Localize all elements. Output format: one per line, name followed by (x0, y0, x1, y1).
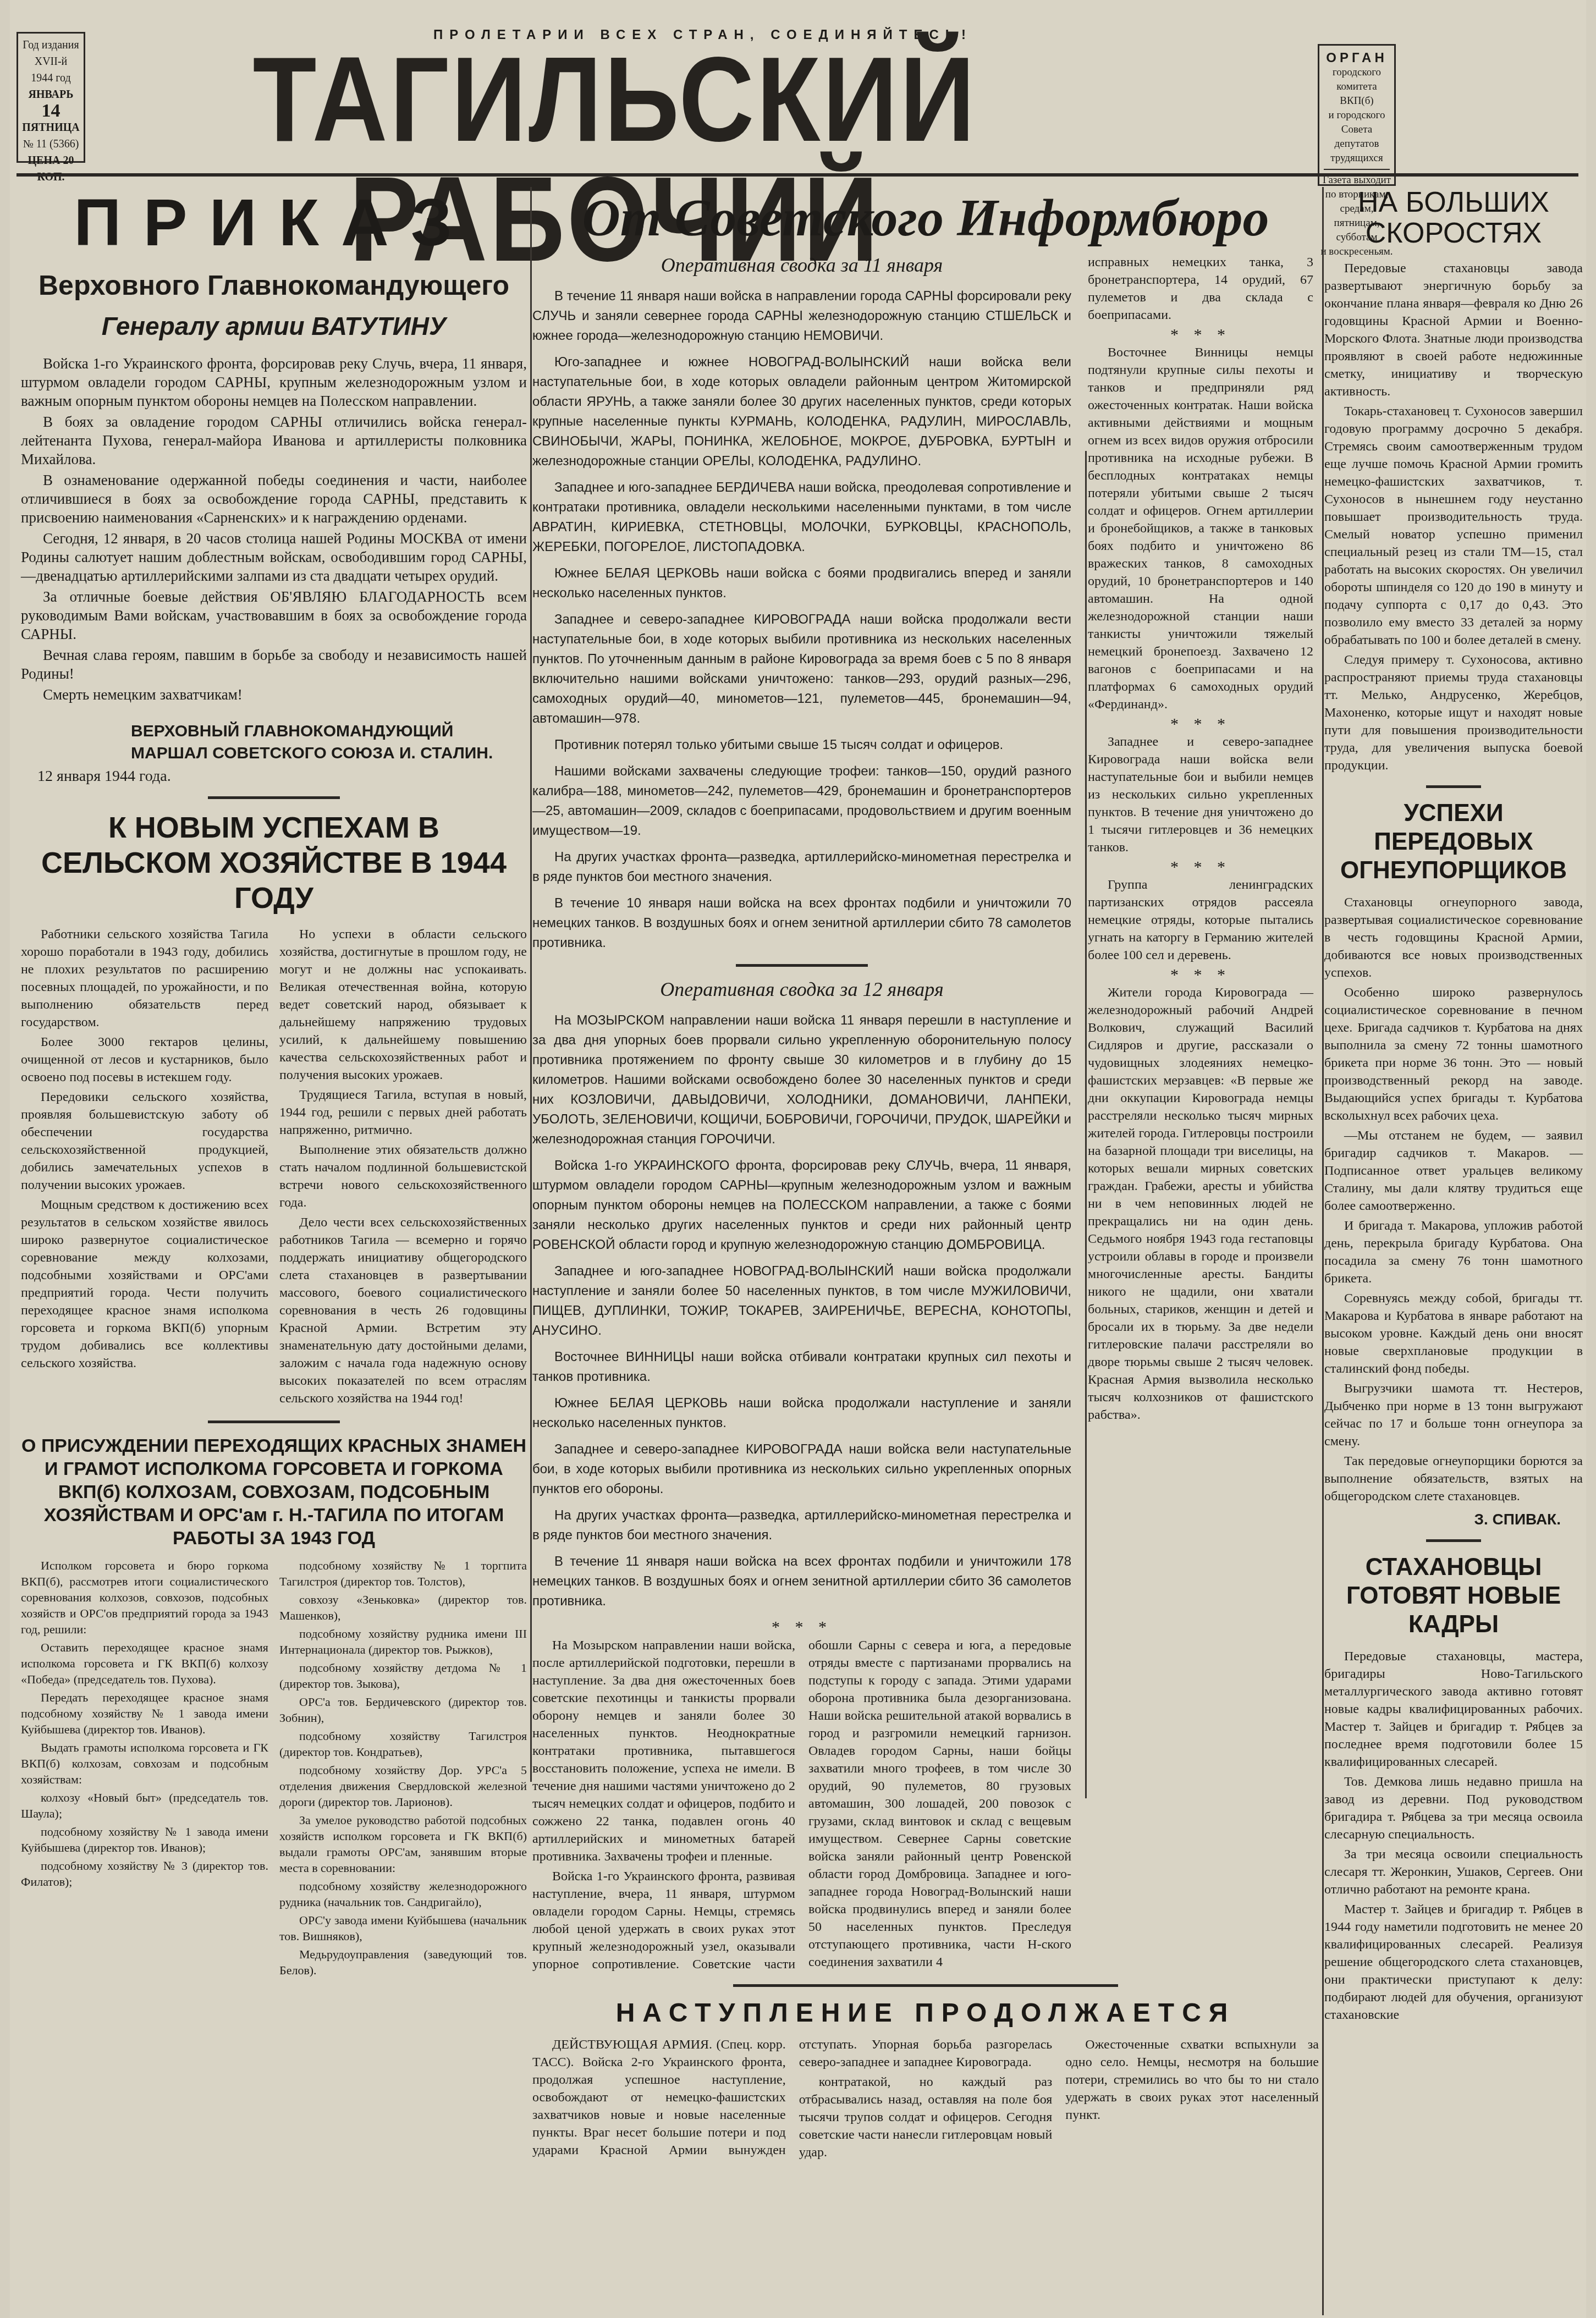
order-addressee: Генералу армии ВАТУТИНУ (21, 311, 527, 341)
article-headline: СТАХАНОВЦЫ ГОТОВЯТ НОВЫЕ КАДРЫ (1324, 1553, 1583, 1639)
organ-line: депутатов трудящихся (1319, 137, 1394, 166)
paragraph: Передовики сельского хозяйства, проявляя… (21, 1088, 268, 1194)
divider (1426, 785, 1481, 788)
asterisks-divider: * * * (1088, 858, 1313, 876)
issue-weekday: ПЯТНИЦА (18, 119, 84, 136)
sovinform-body: Оперативная сводка за 11 января В течени… (532, 254, 1319, 1973)
center-column: От Советского Информбюро Оперативная сво… (532, 187, 1319, 2161)
paragraph: —Мы отстанем не будем, — заявил бригадир… (1324, 1127, 1583, 1215)
paragraph: Выгрузчики шамота тт. Нестеров, Дыбченко… (1324, 1380, 1583, 1450)
paragraph: подсобному хозяйству № 1 торгпита Тагилс… (279, 1557, 527, 1589)
paragraph: Нашими войсками захвачены следующие троф… (532, 762, 1071, 841)
paragraph: За умелое руководство работой подсобных … (279, 1812, 527, 1876)
paragraph: Южнее БЕЛАЯ ЦЕРКОВЬ наши войска продолжа… (532, 1394, 1071, 1433)
paragraph: Особенно широко развернулось социалистич… (1324, 984, 1583, 1125)
organ-box: ОРГАН городского комитета ВКП(б) и город… (1318, 44, 1396, 186)
paragraph: ОРС'у завода имени Куйбышева (начальник … (279, 1912, 527, 1944)
paragraph: Сегодня, 12 января, в 20 часов столица н… (21, 529, 527, 585)
order-date: 12 января 1944 года. (37, 768, 527, 785)
year-of-issue: Год издания XVII-й (18, 37, 84, 70)
paragraph: Выполнение этих обязательств должно стат… (279, 1141, 527, 1212)
paragraph: Ожесточенные схватки вспыхнули за одно с… (1065, 2036, 1319, 2124)
paragraph: Западнее и северо-западнее Кировограда н… (1088, 733, 1313, 856)
newspaper-page: Год издания XVII-й 1944 год ЯНВАРЬ 14 ПЯ… (10, 0, 1586, 2318)
paragraph: Войска 1-го Украинского фронта, форсиров… (21, 354, 527, 410)
right-column: НА БОЛЬШИХ СКОРОСТЯХ Передовые стахановц… (1324, 187, 1583, 2026)
article-body: Стахановцы огнеупорного завода, разверты… (1324, 894, 1583, 1505)
paragraph: Соревнуясь между собой, бригады тт. Мака… (1324, 1290, 1583, 1378)
paragraph: Войска 1-го УКРАИНСКОГО фронта, форсиров… (532, 1156, 1071, 1255)
awards-headline: О ПРИСУЖДЕНИИ ПЕРЕХОДЯЩИХ КРАСНЫХ ЗНАМЕН… (21, 1434, 527, 1550)
paragraph: подсобному хозяйству железнодорожного ру… (279, 1878, 527, 1910)
paragraph: ОРС'а тов. Бердичевского (директор тов. … (279, 1694, 527, 1726)
issue-info-box: Год издания XVII-й 1944 год ЯНВАРЬ 14 ПЯ… (16, 32, 85, 163)
paragraph: Западнее и юго-западнее БЕРДИЧЕВА наши в… (532, 478, 1071, 557)
paragraph: Выдать грамоты исполкома горсовета и ГК … (21, 1739, 268, 1787)
article-headline: НА БОЛЬШИХ СКОРОСТЯХ (1324, 187, 1583, 249)
paragraph: На других участках фронта—разведка, арти… (532, 1506, 1071, 1545)
paragraph: Трудящиеся Тагила, вступая в новый, 1944… (279, 1086, 527, 1139)
paragraph: Вечная слава героям, павшим в борьбе за … (21, 646, 527, 683)
paragraph: Следуя примеру т. Сухоносова, активно ра… (1324, 651, 1583, 774)
paragraph: Западнее и юго-западнее НОВОГРАД-ВОЛЫНСК… (532, 1262, 1071, 1341)
paragraph: Смерть немецким захватчикам! (21, 685, 527, 704)
paragraph: Западнее и северо-западнее КИРОВОГРАДА н… (532, 1440, 1071, 1499)
paragraph: Стахановцы огнеупорного завода, разверты… (1324, 894, 1583, 982)
paragraph: В течение 10 января наши войска на всех … (532, 894, 1071, 953)
article-headline: УСПЕХИ ПЕРЕДОВЫХ ОГНЕУПОРЩИКОВ (1324, 799, 1583, 885)
paragraph: Дело чести всех сельскохозяйственных раб… (279, 1214, 527, 1407)
asterisks-divider: * * * (1088, 966, 1313, 984)
column-divider (1322, 187, 1324, 2315)
paragraph: За три месяца освоили специальность слес… (1324, 1846, 1583, 1898)
paragraph: На Мозырском направлении наши войска, по… (532, 1637, 795, 1865)
paragraph: Противник потерял только убитыми свыше 1… (532, 735, 1071, 755)
left-column: ПРИКАЗ Верховного Главнокомандующего Ген… (21, 187, 527, 1980)
paragraph: совхозу «Зеньковка» (директор тов. Машен… (279, 1592, 527, 1623)
paragraph: Передовые стахановцы, мастера, бригадиры… (1324, 1648, 1583, 1771)
paragraph: Передать переходящее красное знамя подсо… (21, 1689, 268, 1737)
signature-line: ВЕРХОВНЫЙ ГЛАВНОКОМАНДУЮЩИЙ (131, 720, 527, 742)
paragraph: Восточнее ВИННИЦЫ наши войска отбивали к… (532, 1347, 1071, 1387)
paragraph: На других участках фронта—разведка, арти… (532, 847, 1071, 887)
paragraph: колхозу «Новый быт» (председатель тов. Ш… (21, 1790, 268, 1821)
article-body: Передовые стахановцы, мастера, бригадиры… (1324, 1648, 1583, 2024)
organ-line: и городского Совета (1319, 108, 1394, 137)
paragraph: Работники сельского хозяйства Тагила хор… (21, 926, 268, 1031)
report-body: В течение 11 января наши войска в направ… (532, 287, 1071, 953)
paragraph: На МОЗЫРСКОМ направлении наши войска 11 … (532, 1011, 1071, 1149)
paragraph: Западнее и северо-западнее КИРОВОГРАДА н… (532, 610, 1071, 729)
order-signature: ВЕРХОВНЫЙ ГЛАВНОКОМАНДУЮЩИЙ МАРШАЛ СОВЕТ… (131, 720, 527, 764)
paragraph: подсобному хозяйству рудника имени III И… (279, 1626, 527, 1658)
divider (1426, 1539, 1481, 1542)
sovinform-reports: Оперативная сводка за 11 января В течени… (532, 254, 1071, 1973)
paragraph: Оставить переходящее красное знамя испол… (21, 1639, 268, 1687)
paragraph: подсобному хозяйству детдома № 1 (директ… (279, 1660, 527, 1692)
divider (736, 964, 868, 967)
paragraph: В ознаменование одержанной победы соедин… (21, 471, 527, 527)
paragraph: И бригада т. Макарова, упложив работой д… (1324, 1217, 1583, 1287)
report-title: Оперативная сводка за 11 января (532, 254, 1071, 277)
paragraph: подсобному хозяйству № 1 завода имени Ку… (21, 1824, 268, 1855)
article-body: Передовые стахановцы завода развертывают… (1324, 260, 1583, 774)
paragraph: Южнее БЕЛАЯ ЦЕРКОВЬ наши войска с боями … (532, 564, 1071, 603)
divider (208, 796, 340, 799)
column-divider (530, 187, 532, 1782)
report-title: Оперативная сводка за 12 января (532, 978, 1071, 1001)
divider (1324, 169, 1390, 170)
report-body: На МОЗЫРСКОМ направлении наши войска 11 … (532, 1011, 1071, 1611)
sovinform-heading: От Советского Информбюро (532, 187, 1319, 248)
asterisks-divider: * * * (532, 1618, 1071, 1637)
issue-number: № 11 (5366) (18, 136, 84, 152)
paragraph: Мастер т. Зайцев и бригадир т. Рябцев в … (1324, 1901, 1583, 2024)
agriculture-left: Работники сельского хозяйства Тагила хор… (21, 926, 268, 1409)
paragraph: исправных немецких танка, 3 бронетранспо… (1088, 254, 1313, 324)
paragraph: Юго-западнее и южнее НОВОГРАД-ВОЛЫНСКИЙ … (532, 353, 1071, 471)
order-heading: ПРИКАЗ (21, 187, 527, 258)
issue-price: ЦЕНА 20 КОП. (18, 152, 84, 185)
agriculture-body: Работники сельского хозяйства Тагила хор… (21, 926, 527, 1409)
paragraph: подсобному хозяйству № 3 (директор тов. … (21, 1858, 268, 1890)
paragraph: Но успехи в области сельского хозяйства,… (279, 926, 527, 1084)
paragraph: Так передовые огнеупорщики борются за вы… (1324, 1452, 1583, 1505)
paragraph: В течение 11 января наши войска в направ… (532, 287, 1071, 346)
paragraph: Более 3000 гектаров целины, очищенной от… (21, 1033, 268, 1086)
paragraph: Мощным средством к достижению всех резул… (21, 1196, 268, 1372)
organ-heading: ОРГАН (1319, 51, 1394, 65)
paragraph: Группа ленинградских партизанских отрядо… (1088, 876, 1313, 964)
agriculture-headline: К НОВЫМ УСПЕХАМ В СЕЛЬСКОМ ХОЗЯЙСТВЕ В 1… (21, 810, 527, 916)
awards-right: подсобному хозяйству № 1 торгпита Тагилс… (279, 1557, 527, 1980)
paragraph: Исполком горсовета и бюро горкома ВКП(б)… (21, 1557, 268, 1637)
issue-year: 1944 год (18, 70, 84, 86)
awards-left: Исполком горсовета и бюро горкома ВКП(б)… (21, 1557, 268, 1980)
issue-day: 14 (18, 103, 84, 119)
divider (733, 1984, 1118, 1987)
paragraph: В течение 11 января наши войска на всех … (532, 1552, 1071, 1611)
offensive-headline: НАСТУПЛЕНИЕ ПРОДОЛЖАЕТСЯ (532, 1998, 1319, 2028)
paragraph: контратакой, но каждый раз отбрасывались… (799, 2073, 1053, 2161)
asterisks-divider: * * * (1088, 715, 1313, 733)
asterisks-divider: * * * (1088, 326, 1313, 344)
awards-body: Исполком горсовета и бюро горкома ВКП(б)… (21, 1557, 527, 1980)
paragraph: В боях за овладение городом САРНЫ отличи… (21, 412, 527, 469)
paragraph: подсобному хозяйству Дор. УРС'а 5 отделе… (279, 1762, 527, 1810)
agriculture-right: Но успехи в области сельского хозяйства,… (279, 926, 527, 1409)
order-body: Войска 1-го Украинского фронта, форсиров… (21, 354, 527, 704)
paragraph: Токарь-стахановец т. Сухоносов завершил … (1324, 403, 1583, 649)
organ-line: городского комитета ВКП(б) (1319, 65, 1394, 108)
paragraph: Передовые стахановцы завода развертывают… (1324, 260, 1583, 400)
order-subheading: Верховного Главнокомандующего (21, 269, 527, 301)
sovinform-bottom: На Мозырском направлении наши войска, по… (532, 1637, 1071, 1973)
article-author: З. СПИВАК. (1324, 1511, 1561, 1528)
signature-line: МАРШАЛ СОВЕТСКОГО СОЮЗА И. СТАЛИН. (131, 742, 527, 764)
paragraph: Восточнее Винницы немцы подтянули крупны… (1088, 344, 1313, 713)
paragraph: Жители города Кировограда — железнодорож… (1088, 984, 1313, 1424)
paragraph: За отличные боевые действия ОБ'ЯВЛЯЮ БЛА… (21, 587, 527, 643)
paragraph: Медьрудоуправления (заведующий тов. Бело… (279, 1946, 527, 1978)
paragraph: подсобному хозяйству Тагилстроя (директо… (279, 1728, 527, 1760)
offensive-body: ДЕЙСТВУЮЩАЯ АРМИЯ. (Спец. корр. ТАСС). В… (532, 2036, 1319, 2161)
paragraph: Тов. Демкова лишь недавно пришла на заво… (1324, 1773, 1583, 1843)
divider (208, 1420, 340, 1423)
sovinform-side-column: исправных немецких танка, 3 бронетранспо… (1088, 254, 1313, 1973)
masthead-rule (16, 173, 1578, 177)
masthead: Год издания XVII-й 1944 год ЯНВАРЬ 14 ПЯ… (10, 22, 1586, 176)
